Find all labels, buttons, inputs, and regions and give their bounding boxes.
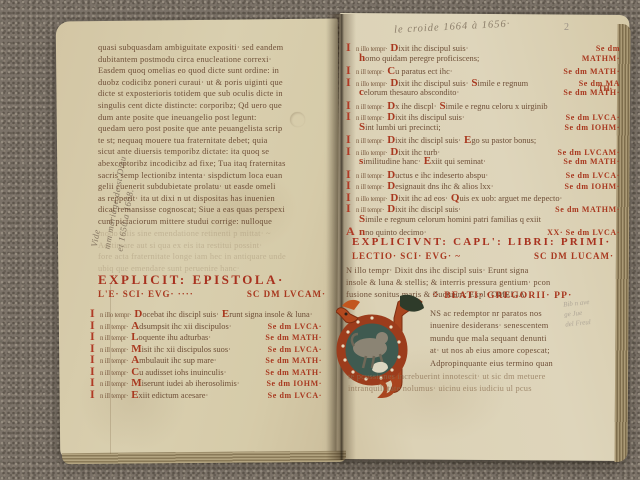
capitula-list-right: I n illo tempr· Dixit ihc discipul suis·… <box>346 40 620 236</box>
capitulum-row: A nno quinto decimo· XX· Se dm LVCA· <box>346 224 620 236</box>
manuscript-line: te pcussiones increbuerint innotescit· u… <box>348 371 620 383</box>
capitulum-incipit-2: Ego su pastor bonus; <box>464 134 536 146</box>
manuscript-line: gelii euenerit subdubietate prolatu· ut … <box>98 181 324 193</box>
capitulum-incipit: Miserunt iudei ab iherosolimis· <box>131 377 239 389</box>
open-manuscript-book: Videmm mariage de st Dieuet 1650 a 1668.… <box>58 14 628 458</box>
manuscript-line: sacris semp lectionibz intenta· sispdict… <box>98 170 324 182</box>
lectio-rubric-right: LECTIO· SCI· EVG· ~ SC DM LUCAM· <box>352 251 614 261</box>
gospel-reference: Se dm IOHM· <box>267 379 323 388</box>
gospel-reference: Se dm IOHM· <box>565 123 621 132</box>
manuscript-faded-line: Aestimare aut si qua ex eis ita restitui… <box>98 240 324 252</box>
capitulum-prefix: n illo tempr· <box>356 196 387 203</box>
manuscript-line: dum ante posite que ineuangelio post leg… <box>98 112 324 124</box>
capitulum-prefix: n ill tempr· <box>100 370 128 377</box>
lectio-rubric-left: L'E· SCI· EVG· ···· SC DM LVCAM· <box>98 289 326 299</box>
capitulum-row: I n ill tempr· Loquente ihu adturbas· Se… <box>90 329 322 341</box>
capitulum-row: I n ill tempr· Cu paratus ect ihc· Se dm… <box>346 63 620 75</box>
capitulum-row: I n ill tempr· Exiit edictum acesare· Se… <box>90 387 322 399</box>
capitulum-numeral: I <box>346 144 353 159</box>
capitulum-incipit: Loquente ihu adturbas· <box>131 331 211 343</box>
capitulum-row: Simile e regnum celorum homini patri fam… <box>346 213 620 225</box>
capitulum-incipit: Docebat ihc discipl suis· <box>134 308 218 320</box>
capitulum-incipit: Dx ihe discpl· <box>387 100 436 112</box>
capitulum-row: I n illo tempr· Dixit ihc discipul suis·… <box>346 40 620 52</box>
capitulum-prefix: n ill tempr· <box>356 173 384 180</box>
capitulum-row: I n ill tempr· Dixit ihc discipl suis· E… <box>346 132 620 144</box>
manuscript-line: as repperit· ita ut dixi n ut dispositas… <box>98 193 324 205</box>
capitulum-prefix: n ill tempr· <box>356 104 384 111</box>
capitulum-row: Sint lumbi uri precincti; Se dm IOHM· <box>346 121 620 133</box>
capitulum-numeral: I <box>346 109 353 124</box>
manuscript-line: abexceptoribz incodicibz ad fixe; Tua it… <box>98 158 324 170</box>
capitulum-incipit: Simile e regnum celorum homini patri fam… <box>359 213 541 225</box>
capitulum-incipit: Ambulauit ihc sup mare· <box>131 354 216 366</box>
capitulum-incipit: Cu audisset iohs inuinculis· <box>131 366 226 378</box>
capitulum-prefix: n ill tempr· <box>100 393 128 400</box>
homily-text-wide: te pcussiones increbuerint innotescit· u… <box>348 371 620 396</box>
manuscript-line: at· ut nos ab eius amore copescat; <box>430 345 620 357</box>
folio-number: 2 <box>564 22 569 33</box>
capitulum-incipit: homo quidam peregre proficiscens; <box>359 52 479 64</box>
capitulum-row: I n ill tempr· Ambulauit ihc sup mare· S… <box>90 352 322 364</box>
explicit-epistola-heading: EXPLICIT: EPISTOLA· <box>98 272 328 288</box>
manuscript-line: Easdem quoq omelias eo quod dicte sunt o… <box>98 65 324 77</box>
manuscript-line: Adpropinquante eius termino quan <box>430 358 620 370</box>
capitulum-row: similitudine hanc· Exiit qui seminat· Se… <box>346 155 620 167</box>
manuscript-line: singulis cent dicte distincte: corporibz… <box>98 100 324 112</box>
gospel-reference: Se dm LVCA· <box>268 345 322 354</box>
manuscript-line: te st; nequaq mouere tua fraternitate de… <box>98 135 324 147</box>
gospel-reference: Se dm MATH· <box>563 67 620 76</box>
capitulum-prefix: n ill tempr· <box>100 347 128 354</box>
capitulum-row: I n ill tempr· Misit ihc xii discipulos … <box>90 341 322 353</box>
capitulum-prefix: n ill tempr· <box>100 335 128 342</box>
page-edge-stack-bottom <box>62 451 346 464</box>
capitulum-prefix: n ill tempr· <box>100 381 128 388</box>
capitulum-prefix: n ill tempr· <box>356 184 384 191</box>
manuscript-line: insole & luna & stellis; & interris pres… <box>346 277 618 289</box>
lectio-label: L'E· SCI· EVG· ···· <box>98 289 194 299</box>
capitulum-row: I n ill tempr· Cu audisset iohs inuincul… <box>90 364 322 376</box>
capitulum-incipit: Ductus e ihc indeserto abspu· <box>387 169 488 181</box>
capitulum-incipit: Sint lumbi uri precincti; <box>359 121 441 133</box>
capitulum-prefix: n ill tempr· <box>100 358 128 365</box>
manuscript-faded-line: fore acta fraternitate longe iam hec in … <box>98 251 324 263</box>
capitulum-prefix: n ill tempr· <box>356 69 384 76</box>
capitulum-incipit-2: Simile e regnum <box>471 77 528 89</box>
capitulum-incipit: celorum thesauro abscondito· <box>359 86 459 98</box>
capitulum-incipit-2: Quis ex uob: arguet me depecto· <box>451 192 562 204</box>
lectio-gospel-ref: SC DM LVCAM· <box>247 289 326 299</box>
gospel-reference: Se dm LVCA· <box>268 391 322 400</box>
capitulum-incipit: similitudine hanc· <box>359 155 421 167</box>
manuscript-line: sicut ante diuersis temporibz dictate: i… <box>98 146 324 158</box>
gospel-reference: Se dm LVCAM· <box>558 148 620 157</box>
capitulum-incipit: Cu paratus ect ihc· <box>387 65 452 77</box>
gospel-reference: Se dm LVCA· <box>268 322 322 331</box>
capitulum-row: I n ill tempr· Ductus e ihc indeserto ab… <box>346 167 620 179</box>
capitulum-numeral: I <box>346 75 353 90</box>
manuscript-line: cum pictaciorum mittere studui corrige: … <box>98 216 324 228</box>
capitulum-prefix: n ill tempr· <box>356 138 384 145</box>
capitulum-row: I n ill tempr· Dx ihe discpl· Simile e r… <box>346 98 620 110</box>
epistola-text-block: quasi subquasdam ambiguitate expositi· s… <box>98 42 324 228</box>
capitula-list-left: I n illo tempr· Docebat ihc discipl suis… <box>90 306 322 398</box>
epistola-faded-block: modo aliis sine emendatione retinenti p … <box>98 228 324 274</box>
gospel-reference: MATHM· <box>582 54 620 63</box>
manuscript-line: intranquillitate nolumus· uicinu eius iu… <box>348 383 620 395</box>
capitulum-incipit: Dixit ihc ad eos· <box>390 192 448 204</box>
gospel-reference: Se dm MATHM· <box>555 205 620 214</box>
capitulum-row: I n ill tempr· Designauit dns ihc & alio… <box>346 178 620 190</box>
capitulum-row: I n ill tempr· Miserunt iudei ab iheroso… <box>90 375 322 387</box>
gospel-reference-wrap: TH· <box>598 84 612 93</box>
expliciunt-capitula-heading: EXPLICIVNT: CAPL': LIBRI: PRIMI· <box>352 236 620 248</box>
manuscript-faded-line: modo aliis sine emendatione retinenti p … <box>98 228 324 240</box>
lectio-gospel-ref: SC DM LUCAM· <box>534 251 614 261</box>
manuscript-photo: { "colors":{"red_ink":"#a8381f","brown_i… <box>0 0 640 480</box>
manuscript-line: quasi subquasdam ambiguitate expositi· s… <box>98 42 324 54</box>
gospel-reference: Se dm LVCA· <box>566 171 620 180</box>
capitulum-prefix: n illo tempr· <box>100 312 131 319</box>
manuscript-line: quedam uero post posite que ante peuange… <box>98 123 324 135</box>
gospel-reference: Se dm MATH· <box>265 368 322 377</box>
capitulum-incipit: Designauit dns ihc & alios lxx· <box>387 180 493 192</box>
manuscript-line: dicat remansisse cognoscat; Siue a eas q… <box>98 204 324 216</box>
manuscript-line: mundu que mala sequant denunti <box>430 333 620 345</box>
capitulum-numeral: I <box>346 201 353 216</box>
gospel-reference: Se dm LVCA· <box>566 113 620 122</box>
capitulum-prefix: n ill tempr· <box>100 324 128 331</box>
capitulum-incipit-2: Exiit qui seminat· <box>424 155 486 167</box>
manuscript-line: dubitantem postmodu circa enucleatione c… <box>98 54 324 66</box>
gospel-reference: Se dm IOHM· <box>565 182 621 191</box>
manuscript-line: duobz codicibz poneri curaui· ut & poris… <box>98 77 324 89</box>
manuscript-line: dicte st exposterioris totidem que sub o… <box>98 88 324 100</box>
capitulum-incipit: Misit ihc xii discipulos suos· <box>131 343 231 355</box>
capitulum-row: I n illo tempr· Docebat ihc discipl suis… <box>90 306 322 318</box>
manuscript-line: N illo tempr· Dixit dns ihc discipl suis… <box>346 265 618 277</box>
capitulum-incipit-2: Erunt signa insole & luna· <box>222 308 313 320</box>
capitulum-incipit-2: Simile e regnu celoru x uirginib <box>440 100 548 112</box>
capitulum-incipit: Dixit ihc discipl suis· <box>387 134 461 146</box>
capitulum-incipit: Exiit edictum acesare· <box>131 389 208 401</box>
capitulum-numeral: I <box>346 40 353 55</box>
capitulum-numeral: I <box>90 387 97 402</box>
gospel-reference: Se dm MATH· <box>265 333 322 342</box>
lectio-label: LECTIO· SCI· EVG· ~ <box>352 251 461 261</box>
gospel-reference: Se dm MATH· <box>563 157 620 166</box>
capitulum-row: homo quidam peregre proficiscens; MATHM· <box>346 52 620 64</box>
gospel-reference: Se dm <box>596 44 620 53</box>
capitulum-incipit: Adsumpsit ihc xii discipulos· <box>131 320 231 332</box>
gospel-reference: Se dm MATH· <box>265 356 322 365</box>
